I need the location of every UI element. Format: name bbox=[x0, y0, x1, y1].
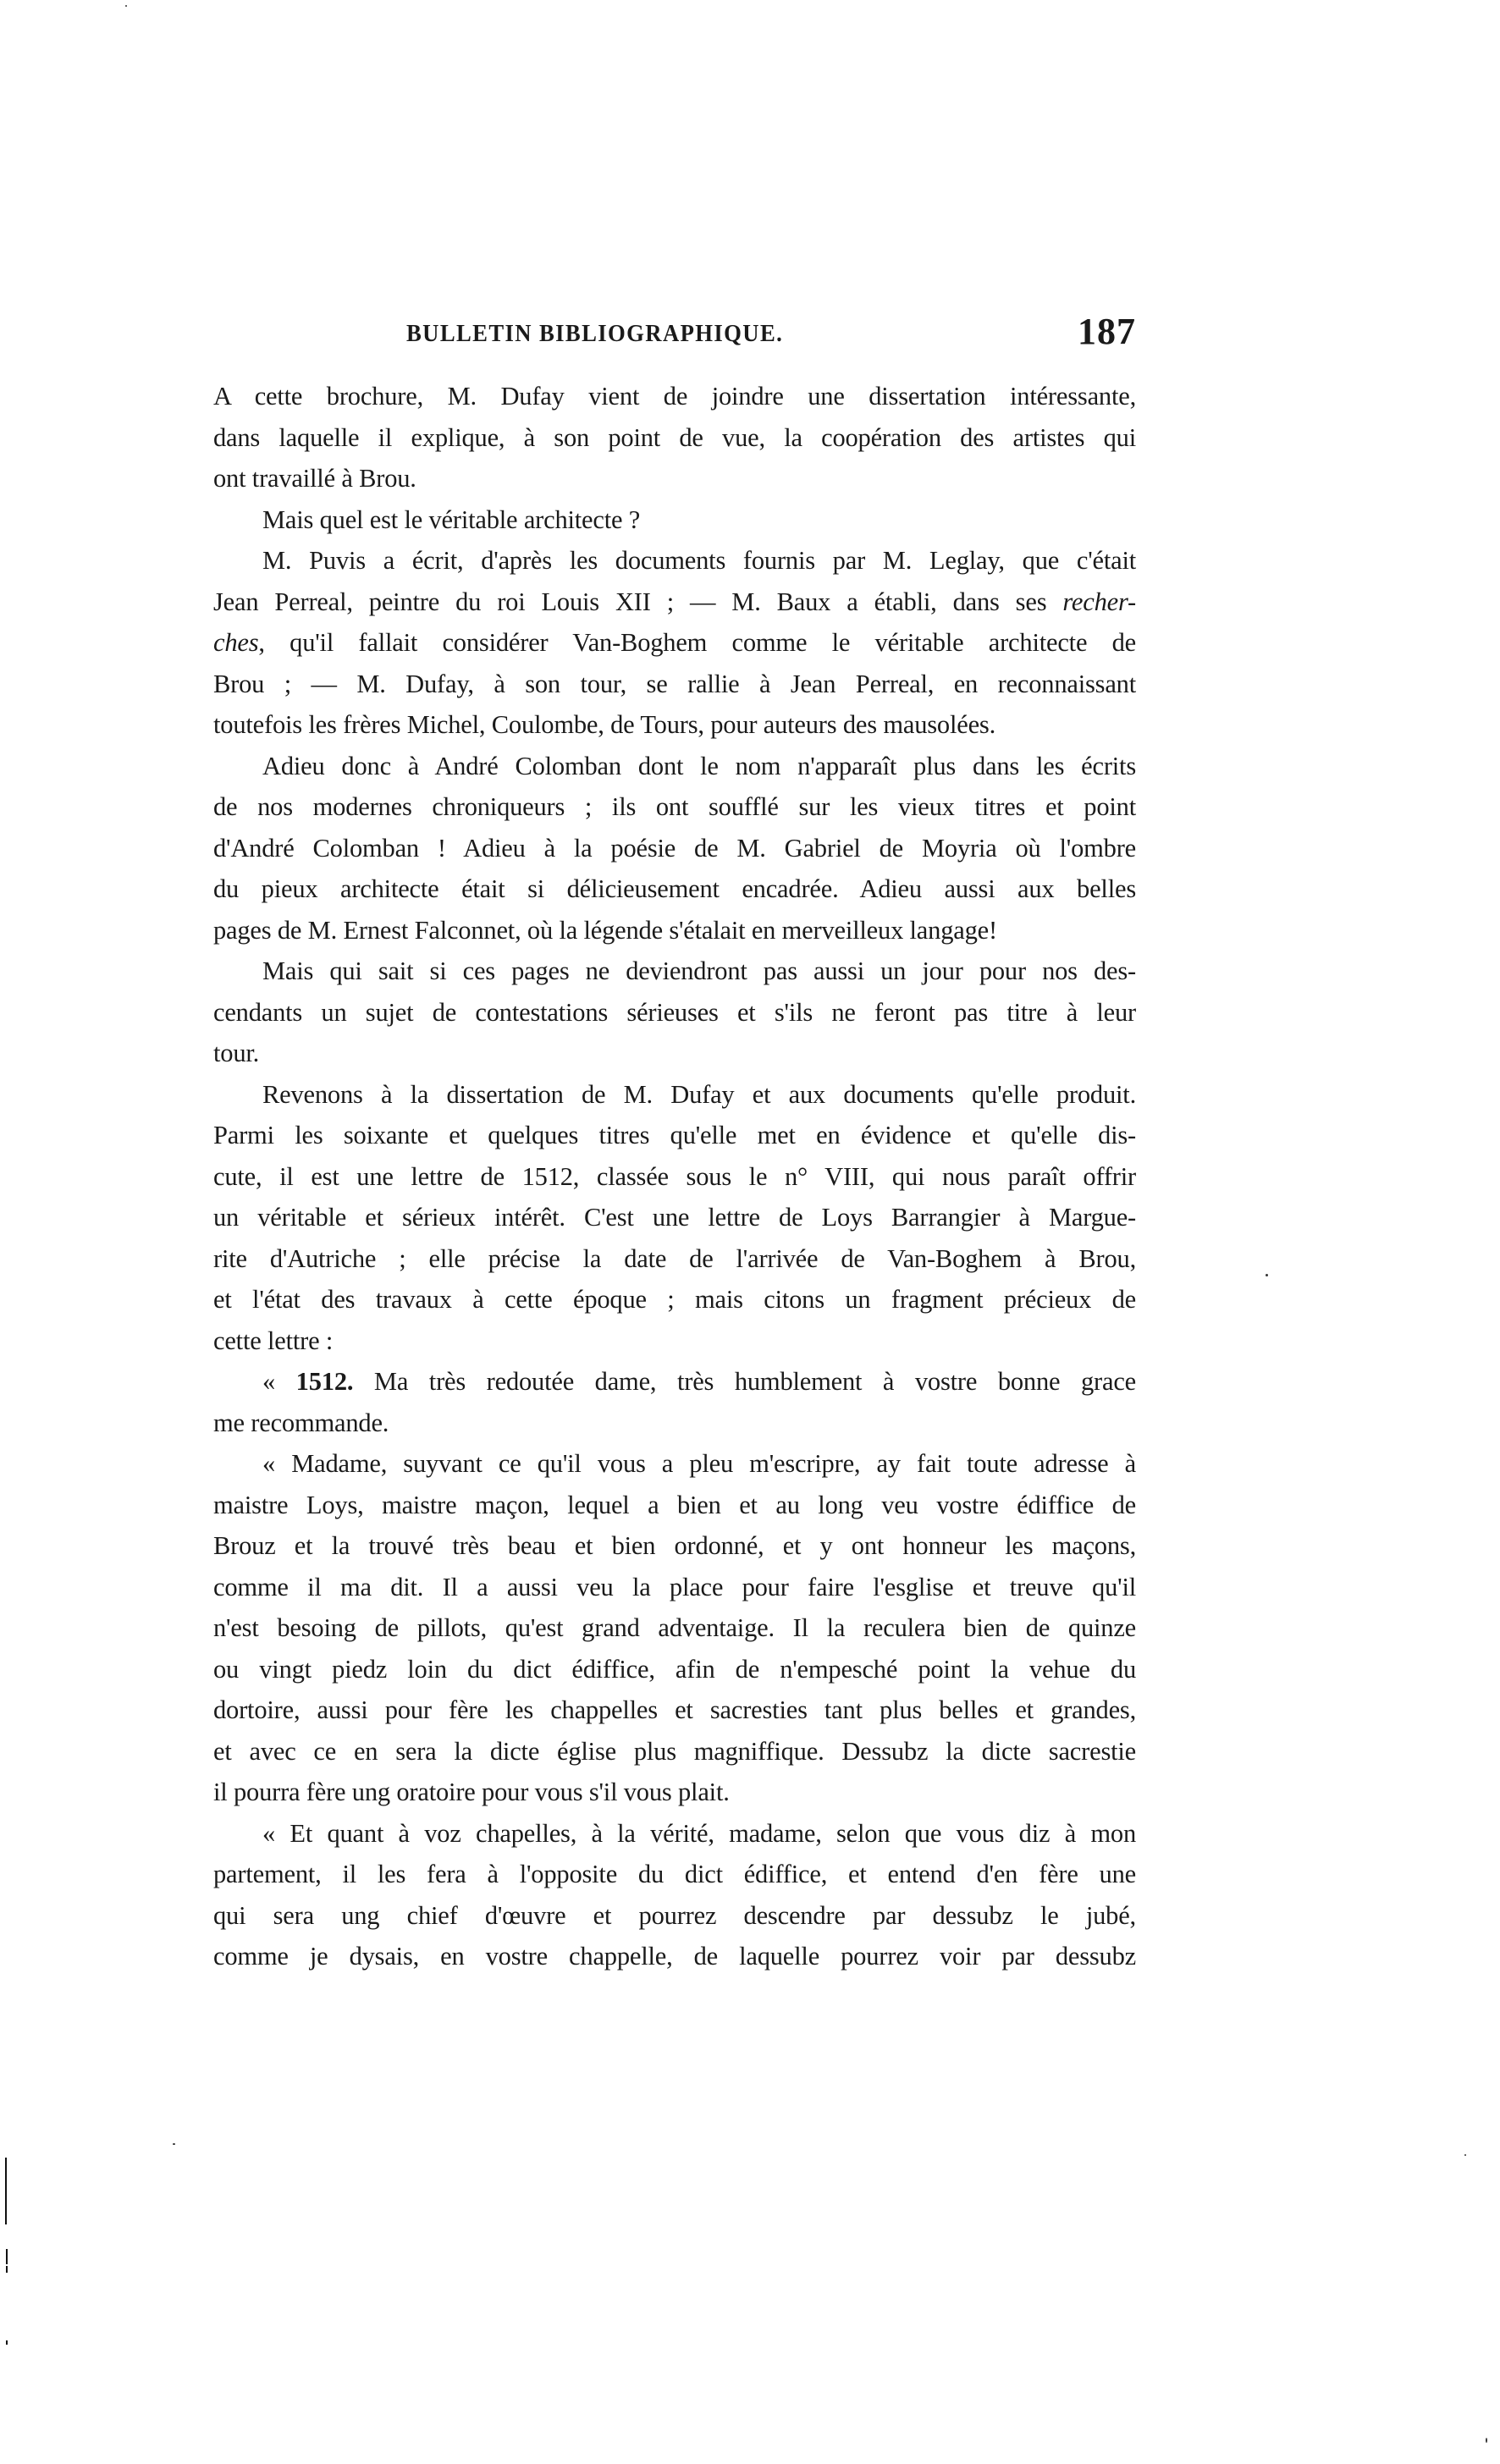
text-line: Jean Perreal, peintre du roi Louis XII ;… bbox=[213, 582, 1136, 623]
text-line: cute, il est une lettre de 1512, classée… bbox=[213, 1156, 1136, 1198]
text-line: comme il ma dit. Il a aussi veu la place… bbox=[213, 1567, 1136, 1608]
text-line: ches, qu'il fallait considérer Van-Boghe… bbox=[213, 622, 1136, 664]
paragraph-letter-chapels: « Et quant à voz chapelles, à la vérité,… bbox=[213, 1813, 1136, 1977]
text-line: tour. bbox=[213, 1033, 1136, 1074]
scan-speck bbox=[125, 5, 127, 7]
text-line: ou vingt piedz loin du dict édiffice, af… bbox=[213, 1649, 1136, 1690]
text-line: Brou ; — M. Dufay, à son tour, se rallie… bbox=[213, 664, 1136, 705]
text-line: Mais quel est le véritable architecte ? bbox=[213, 499, 1136, 541]
scan-speck bbox=[1486, 2438, 1487, 2443]
paragraph-brochure: A cette brochure, M. Dufay vient de join… bbox=[213, 376, 1136, 499]
text-line: du pieux architecte était si délicieusem… bbox=[213, 868, 1136, 910]
paragraph-attributions: M. Puvis a écrit, d'après les documents … bbox=[213, 540, 1136, 746]
text-line: n'est besoing de pillots, qu'est grand a… bbox=[213, 1607, 1136, 1649]
book-page: BULLETIN BIBLIOGRAPHIQUE. 187 A cette br… bbox=[213, 310, 1136, 1977]
paragraph-adieu: Adieu donc à André Colomban dont le nom … bbox=[213, 746, 1136, 951]
page-number: 187 bbox=[1078, 310, 1136, 353]
italic-text: ches bbox=[213, 628, 258, 657]
text-line: rite d'Autriche ; elle précise la date d… bbox=[213, 1238, 1136, 1280]
text-line: « Madame, suyvant ce qu'il vous a pleu m… bbox=[213, 1443, 1136, 1485]
italic-text: recher- bbox=[1062, 587, 1136, 616]
text-line: toutefois les frères Michel, Coulombe, d… bbox=[213, 704, 1136, 746]
paragraph-letter-salutation: « 1512. Ma très redoutée dame, très humb… bbox=[213, 1361, 1136, 1443]
scan-speck bbox=[1266, 1274, 1268, 1276]
text-line: me recommande. bbox=[213, 1403, 1136, 1444]
text-line: il pourra fère ung oratoire pour vous s'… bbox=[213, 1772, 1136, 1813]
paragraph-letter-body: « Madame, suyvant ce qu'il vous a pleu m… bbox=[213, 1443, 1136, 1813]
text-line: Parmi les soixante et quelques titres qu… bbox=[213, 1115, 1136, 1156]
text-line: maistre Loys, maistre maçon, lequel a bi… bbox=[213, 1485, 1136, 1526]
scan-margin-mark bbox=[6, 2340, 8, 2345]
bold-year: 1512. bbox=[296, 1367, 354, 1396]
text-line: comme je dysais, en vostre chappelle, de… bbox=[213, 1936, 1136, 1977]
paragraph-question: Mais quel est le véritable architecte ? bbox=[213, 499, 1136, 541]
text-line: « Et quant à voz chapelles, à la vérité,… bbox=[213, 1813, 1136, 1855]
running-title: BULLETIN BIBLIOGRAPHIQUE. bbox=[406, 320, 783, 348]
text-line: qui sera ung chief d'œuvre et pourrez de… bbox=[213, 1895, 1136, 1937]
text-line: partement, il les fera à l'opposite du d… bbox=[213, 1854, 1136, 1895]
text-line: cette lettre : bbox=[213, 1320, 1136, 1362]
text-line: ont travaillé à Brou. bbox=[213, 458, 1136, 499]
text-line: d'André Colomban ! Adieu à la poésie de … bbox=[213, 828, 1136, 869]
text-line: Adieu donc à André Colomban dont le nom … bbox=[213, 746, 1136, 787]
text-line: « 1512. Ma très redoutée dame, très humb… bbox=[213, 1361, 1136, 1403]
text-line: Brouz et la trouvé très beau et bien ord… bbox=[213, 1525, 1136, 1567]
body-text: A cette brochure, M. Dufay vient de join… bbox=[213, 376, 1136, 1977]
scan-speck bbox=[173, 2143, 175, 2145]
text-line: et avec ce en sera la dicte église plus … bbox=[213, 1731, 1136, 1772]
text-line: de nos modernes chroniqueurs ; ils ont s… bbox=[213, 786, 1136, 828]
text-line: cendants un sujet de contestations série… bbox=[213, 992, 1136, 1034]
text-line: dans laquelle il explique, à son point d… bbox=[213, 417, 1136, 459]
paragraph-descendants: Mais qui sait si ces pages ne deviendron… bbox=[213, 951, 1136, 1074]
text-line: M. Puvis a écrit, d'après les documents … bbox=[213, 540, 1136, 582]
text-line: A cette brochure, M. Dufay vient de join… bbox=[213, 376, 1136, 417]
text-line: dortoire, aussi pour fère les chappelles… bbox=[213, 1690, 1136, 1731]
scan-margin-mark bbox=[6, 2266, 8, 2273]
text-line: pages de M. Ernest Falconnet, où la lége… bbox=[213, 910, 1136, 951]
running-head: BULLETIN BIBLIOGRAPHIQUE. 187 bbox=[213, 310, 1136, 361]
text-line: Revenons à la dissertation de M. Dufay e… bbox=[213, 1074, 1136, 1116]
paragraph-dissertation: Revenons à la dissertation de M. Dufay e… bbox=[213, 1074, 1136, 1362]
scan-margin-mark bbox=[6, 2249, 8, 2264]
text-line: et l'état des travaux à cette époque ; m… bbox=[213, 1279, 1136, 1320]
scan-margin-mark bbox=[5, 2158, 7, 2224]
text-line: Mais qui sait si ces pages ne deviendron… bbox=[213, 951, 1136, 992]
text-line: un véritable et sérieux intérêt. C'est u… bbox=[213, 1197, 1136, 1238]
scan-speck bbox=[1464, 2154, 1466, 2156]
